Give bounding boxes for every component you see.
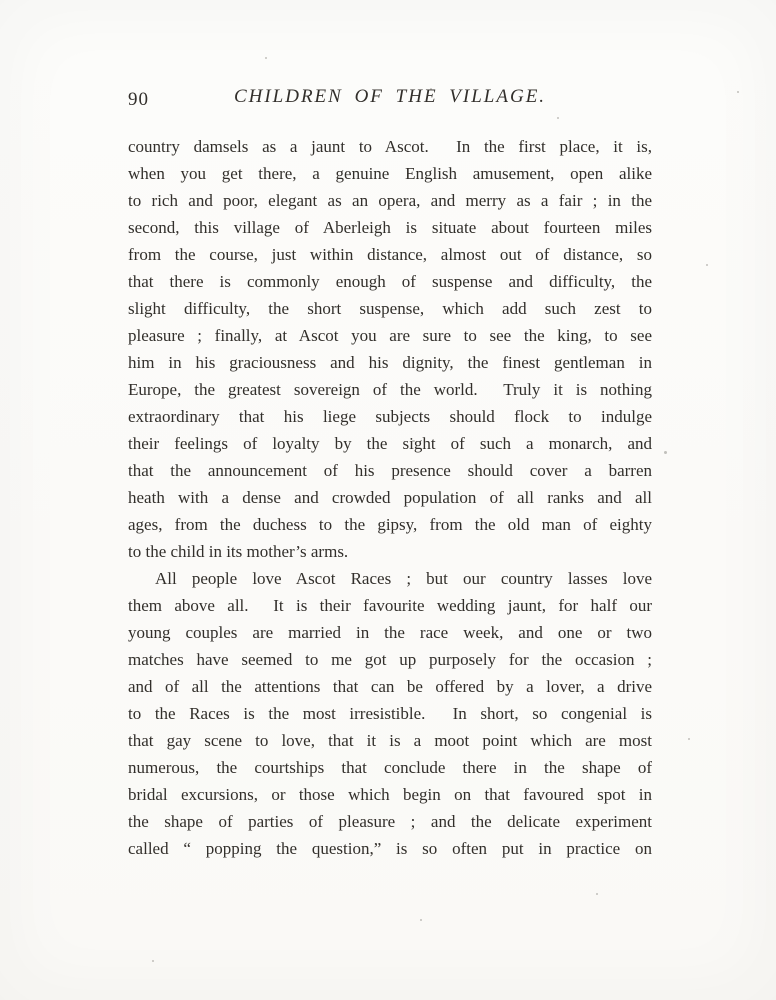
text-line: when you get there, a genuine English am…: [128, 160, 652, 187]
text-line: to rich and poor, elegant as an opera, a…: [128, 187, 652, 214]
text-line: slight difficulty, the short suspense, w…: [128, 295, 652, 322]
text-line: All people love Ascot Races ; but our co…: [128, 565, 652, 592]
text-line: country damsels as a jaunt to Ascot. In …: [128, 133, 652, 160]
text-line: from the course, just within distance, a…: [128, 241, 652, 268]
text-line: ages, from the duchess to the gipsy, fro…: [128, 511, 652, 538]
scan-speck: [412, 440, 415, 442]
running-title: CHILDREN OF THE VILLAGE.: [128, 86, 652, 108]
text-line: pleasure ; finally, at Ascot you are sur…: [128, 322, 652, 349]
text-line: that gay scene to love, that it is a moo…: [128, 727, 652, 754]
paragraph: All people love Ascot Races ; but our co…: [128, 565, 652, 862]
text-line: matches have seemed to me got up purpose…: [128, 646, 652, 673]
scan-speck: [706, 264, 708, 266]
scan-speck: [430, 88, 432, 90]
text-line: called “ popping the question,” is so of…: [128, 835, 652, 862]
text-line: heath with a dense and crowded populatio…: [128, 484, 652, 511]
text-line: that the announcement of his presence sh…: [128, 457, 652, 484]
text-line: to the Races is the most irresistible. I…: [128, 700, 652, 727]
body-text: country damsels as a jaunt to Ascot. In …: [128, 133, 652, 862]
text-line: to the child in its mother’s arms.: [128, 538, 652, 565]
scan-speck: [737, 91, 739, 93]
text-line: the shape of parties of pleasure ; and t…: [128, 808, 652, 835]
text-line: young couples are married in the race we…: [128, 619, 652, 646]
text-line: Europe, the greatest sovereign of the wo…: [128, 376, 652, 403]
text-line: second, this village of Aberleigh is sit…: [128, 214, 652, 241]
scan-speck: [265, 57, 267, 59]
scanned-book-page: 90 CHILDREN OF THE VILLAGE. country dams…: [0, 0, 776, 1000]
scan-speck: [688, 738, 690, 740]
text-line: and of all the attentions that can be of…: [128, 673, 652, 700]
page-number: 90: [128, 89, 149, 111]
text-line: numerous, the courtships that conclude t…: [128, 754, 652, 781]
text-line: bridal excursions, or those which begin …: [128, 781, 652, 808]
text-line: them above all. It is their favourite we…: [128, 592, 652, 619]
page-header: 90 CHILDREN OF THE VILLAGE.: [128, 86, 652, 114]
scan-speck: [596, 893, 598, 895]
text-line: him in his graciousness and his dignity,…: [128, 349, 652, 376]
scan-speck: [152, 960, 154, 962]
scan-speck: [557, 117, 559, 119]
text-line: that there is commonly enough of suspens…: [128, 268, 652, 295]
scan-speck: [420, 919, 422, 921]
text-line: extraordinary that his liege subjects sh…: [128, 403, 652, 430]
scan-speck: [664, 451, 667, 454]
paragraph: country damsels as a jaunt to Ascot. In …: [128, 133, 652, 565]
text-line: their feelings of loyalty by the sight o…: [128, 430, 652, 457]
